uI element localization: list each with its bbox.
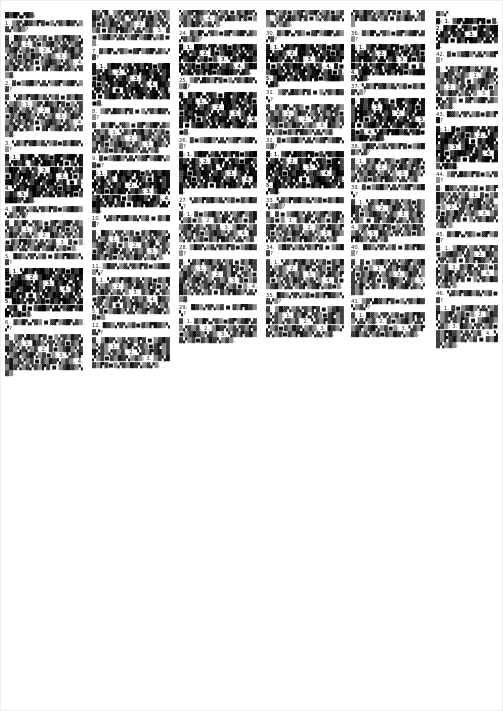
answer-paragraph: ▓: 1. ▚▓▒▛▓█▒▓▞▒▓■▓▒█▓▚▒▓▒, 2. ▒█▓▚▒▓▞▓▒…: [5, 269, 83, 318]
question-paragraph: 5. █▓▒▞▓▚▒▓■▓▒▛█▓▒▚▓?: [5, 254, 83, 266]
text-column-1: ▓▒█▚▞▓▒:1. ▒▓▚█▓▒▛▓■▒▞▓▒█▓▚▒▓▞▒▓▒?▓: █▓▒…: [5, 12, 83, 706]
answer-paragraph: ▓: 1. ▒▓▚█▓▒▛▓■▒▞▓▒█▓▚▒▓▞▒, 2. ▓▒█▚▞▓▒■▓…: [266, 152, 344, 195]
question-paragraph: 45. ▓▒█▚▞▓▒■▓▛▒▓█?: [436, 232, 498, 244]
question-paragraph: 30. ▓▒█▚▞▓▒■▓▛▒▓█▚▓▒▞▓?: [266, 31, 344, 43]
answer-paragraph: ▓: ▒█▓▚▒▓▞▓▒▛▓■▒▓█▓▒▚▓▒. 1. ▓▒█▚▞▓▒■▓▛▒▓…: [92, 338, 170, 369]
text-column-6: ▓▒▞.▓: 1. ▒▓▚█▓▒▛▓■▒, 2. ▓▒█▚▞▓▒■▓▛▒▓█▚▓…: [436, 11, 498, 705]
question-paragraph: 1. ▒▓▚█▓▒▛▓■▒▞▓▒█▓▚▒▓▞▒▓▒?: [5, 21, 83, 33]
question-paragraph: 2. ▓■▒▓█▒▚▓▞▒▓▛▒▓█▚▒▓?: [5, 81, 83, 93]
question-paragraph: 42. ▓■▒▓█▒▚▓▞▒▓▛▒?: [436, 52, 498, 64]
answer-paragraph: ▓: ▚▓▒▛▓█▒▓▞▒▓■▓▒█▓▚▒▓▒; 1. ▒▓▚█▓▒▛▓■▒▞▓…: [5, 95, 83, 138]
answer-paragraph: ▓: 1. ▚▓▒▛▓█▒▓▞▒▓■▓▒█▓▚▒▓▒, 2. █▓▒▞▓▚▒▓■…: [266, 45, 344, 88]
answer-paragraph: ▓: ▓▒█▚▞▓▒■▓▛▒▓█▚▓▒▞▓▒▓; 1. ▚▓▒▛▓█▒▓▞▒▓■…: [92, 123, 170, 154]
answer-paragraph: ▚▒▓▛█▓▒▚▓▞▒▓■▓▒█▓▚▒▓▒▞▓▒, 4. ▒▓▚█▓▒▛▓■▒▞…: [179, 10, 257, 28]
question-paragraph: 41. ▒▓▚█▓▒▛▓■▒▞▓▒█▓▚▒▓▞?: [351, 299, 425, 311]
answer-paragraph: ▓: █▓▒▞▓▚▒▓■▓▒▛█▓▒▚▓▞▒▓, 1. ▓■▒▓█▒▚▓▞▒▓▛…: [92, 231, 170, 262]
text-column-4: █▓▞▒▓■▒▓▛▒▓█▚▒▓■▒▓▒, ▒▓▚█▓▒▛▓■▒▞▓▒█▓▚▒▓▞…: [266, 10, 344, 704]
question-paragraph: 3. ▚▓▒▛▓█▒▓▞▒▓■▓▒█▓▚▒?: [5, 141, 83, 153]
question-paragraph: 43. █▓▒▞▓▚▒▓■▓▒▛█?: [436, 112, 498, 124]
answer-paragraph: ▓: ▒█▓▚▒▓▞▓▒▛▓■▒▓█▓▒▚▓▒, 1. ▓▒█▚▞▓▒■▓▛▒▓…: [266, 307, 344, 338]
answer-paragraph: ▓: 1. ▓▒█▚▞▓▒■▓▛▒▓█▚▓▒▞▓▒▓, ▒▓▚█▓▒▛▓■▒▞▓…: [5, 155, 83, 204]
answer-paragraph: ▓: ▓▒█▚▞▓▒■▓▛▒▓█▚▓▒▞▓▒▓, 1. ▚▓▒▛▓█▒▓▞▒▓■…: [179, 93, 257, 136]
scanned-page: ▓▒█▚▞▓▒:1. ▒▓▚█▓▒▛▓■▒▞▓▒█▓▚▒▓▞▒▓▒?▓: █▓▒…: [0, 0, 503, 711]
answer-paragraph: ▞▓▒█▓▚▒▓▒▛▓■▒▓ , ▚▓▒▛▓█▒▓▞▒▓■▓▒█▓▚▒▓▒.: [351, 10, 425, 28]
answer-paragraph: ▓: ▓▒█▚▞▓▒■▓▛▒▓█▚▓▒▞▓▒▓; 1. ▒█▓▚▒▓▞▓▒▛▓■…: [266, 105, 344, 136]
answer-paragraph: █▓▞▒▓■▒▓▛▒▓█▚▒▓■▒▓▒, ▒▓▚█▓▒▛▓■▒▞▓▒█▓▚▒▓▞…: [266, 10, 344, 28]
answer-paragraph: ▓: 1. ▒█▓▚▒▓▞▓▒▛▓■▒▓█▓▒▚▓▒, 2. █▓▒▞▓▚▒▓■…: [436, 246, 498, 289]
question-paragraph: 40. █▓▒▞▓▚▒▓■▓▒▛█▓▒?: [351, 245, 425, 257]
answer-paragraph: ▓: ▚▓▒▛▓█▒▓▞▒▓■▓▒█▓▚▒▓▒; 1. ▒█▓▚▒▓▞▓▒▛▓■…: [436, 67, 498, 110]
answer-paragraph: ▓: ▓■▒▓█▒▚▓▞▒▓▛▒▓█▚▒▓■▒. 1. ▓▒█▚▞▓▒■▓▛▒▓…: [266, 212, 344, 243]
question-paragraph: 11. ▒█▓▚▒▓▞▓▒▛▓■▒▓█▓▒▚?: [92, 264, 170, 276]
question-paragraph: 12. █▓▒▞▓▚▒▓■▓▒▛█▓▒▚▓▞?: [92, 323, 170, 335]
question-paragraph: 33. ▚▓▒▛▓█▒▓▞▒▓■▓▒█▓▚▒▓▒?: [266, 198, 344, 210]
question-paragraph: 39. ▓■▒▓█▒▚▓▞▒▓▛▒▓█▚?: [351, 185, 425, 197]
answer-paragraph: ▓: 1. ▒█▓▚▒▓▞▓▒▛▓■▒▓█▓▒▚▓▒, 2. ▓▒█▚▞▓▒■▓…: [179, 152, 257, 195]
text-column-3: ▚▒▓▛█▓▒▚▓▞▒▓■▓▒█▓▚▒▓▒▞▓▒, 4. ▒▓▚█▓▒▛▓■▒▞…: [179, 10, 257, 704]
answer-paragraph: ▓: 1. ▚▓▒▛▓█▒▓▞▒▓■▓▒█▓▚▒▓▒, 2. ▓▒█▚▞▓▒■▓…: [266, 260, 344, 291]
question-paragraph: 38. ▒█▓▚▒▓▞▓▒▛▓■▒▓█▓▒▚▓?: [351, 144, 425, 156]
question-paragraph: 37. ▚▓▒▛▓█▒▓▞▒▓■▓▒█▓▚▒?: [351, 84, 425, 96]
question-paragraph: 8. ▒▓▚█▓▒▛▓■▒▞▓▒█▓▚▒?: [92, 109, 170, 121]
answer-paragraph: ▓: █▓▒▞▓▚▒▓■▓▒▛█▓▒▚▓▞▒▓, 1. ▓■▒▓█▒▚▓▞▒▓▛…: [436, 186, 498, 229]
question-paragraph: 24. ▓▒█▚▞▓▒■▓▛▒▓█▚▓▒▞▓▒▓▒?: [179, 31, 257, 43]
answer-paragraph: ▓: ▓■▒▓█▒▚▓▞▒▓▛▒▓█▚▒▓■▒; 1. ▚▓▒▛▓█▒▓▞▒▓■…: [351, 260, 425, 297]
question-paragraph: 27. ▚▓▒▛▓█▒▓▞▒▓■▓▒█▓▚?: [179, 198, 257, 210]
question-paragraph: 34. ▒█▓▚▒▓▞▓▒▛▓■▒▓█▓?: [266, 245, 344, 257]
answer-paragraph: ▓: 1. ▚▓▒▛▓█▒▓▞▒▓■▓▒█▓▚▒▓▒, 2. ▒█▓▚▒▓▞▓▒…: [351, 200, 425, 243]
answer-paragraph: ▓: 1. █▓▒▞▓▚▒▓■▓▒▛█▓▒▚▓▞▒▓, 2. ▓■▒▓█▒▚▓▞…: [179, 45, 257, 76]
text-column-2: ▓▒▞█, ▒▓▚█▓▒▛▓■▒▞▓▒█▓▚▒▓▞▒▓, ▚▓▒▛▓█▒▓▞▒▓…: [92, 10, 170, 704]
answer-paragraph: ▓: 1. ▒█▓▚▒▓▞▓▒▛▓■▒▓█▓▒▚▓▒, 2. ▚▓▒▛▓█▒▓▞…: [92, 64, 170, 107]
question-paragraph: 29. █▓▒▞▓▚▒▓■▓▒▛█▓▒▚?: [179, 305, 257, 317]
text-column-5: ▞▓▒█▓▚▒▓▒▛▓■▒▓ , ▚▓▒▛▓█▒▓▞▒▓■▓▒█▓▚▒▓▒.36…: [351, 10, 425, 704]
answer-paragraph: ▓: 1. █▓▒▞▓▚▒▓■▓▒▛█▓▒▚▓▞▒▓, 2. ▓■▒▓█▒▚▓▞…: [351, 313, 425, 338]
answer-paragraph: ▓: ▒▓▚█▓▒▛▓■▒▞▓▒█▓▚▒▓▞▒; 1. █▓▒▞▓▚▒▓■▓▒▛…: [5, 335, 83, 378]
answer-paragraph: ▓: 1. ▒▓▚█▓▒▛▓■▒▞▓▒█▓▚▒▓▞▒, ▓▒█▚▞▓▒■▓▛▒▓…: [92, 171, 170, 214]
question-paragraph: 10. ▚▓▒▛▓█▒▓▞▒▓■▓▒█▓?: [92, 216, 170, 228]
answer-paragraph: ▓▒▞.: [436, 11, 498, 17]
question-paragraph: 36. ▓▒█▚▞▓▒■▓▛▒▓█▚▓▒?: [351, 31, 425, 43]
question-paragraph: 46. ▚▓▒▛▓█▒▓▞▒▓■▓?: [436, 291, 498, 303]
answer-paragraph: ▓: 1. ▚▓▒▛▓█▒▓▞▒▓■▓▒█▓▚▒▓▒, 2. ▒▓▚█▓▒▛▓■…: [92, 278, 170, 321]
question-paragraph: 26. ▓■▒▓█▒▚▓▞▒▓▛▒▓█▚▒?: [179, 138, 257, 150]
question-paragraph: 4. ▒█▓▚▒▓▞▓▒▛▓■▒▓█▓▒▚▓▒▞▓?: [5, 207, 83, 219]
question-paragraph: 44. ▒▓▚█▓▒▛▓■▒▞▓▒?: [436, 172, 498, 184]
answer-paragraph: ▓: 1. ▒▓▚█▓▒▛▓■▒▞▓▒█▓▚▒▓▞▒, 2. █▓▒▞▓▚▒▓■…: [351, 45, 425, 82]
answer-paragraph: ▓: █▓▒▞▓▚▒▓■▓▒▛█▓▒▚▓▞▒▓, 1. ▓■▒▓█▒▚▓▞▒▓▛…: [5, 36, 83, 79]
answer-paragraph: ▓: 1. ▓■▒▓█▒▚▓▞▒▓▛▒▓█▚▒▓■▒, 2. ▚▓▒▛▓█▒▓▞…: [436, 127, 498, 170]
answer-paragraph: ▓: 1. ▓■▒▓█▒▚▓▞▒▓▛▒▓█▚▒▓■▒, 2. ▒█▓▚▒▓▞▓▒…: [436, 306, 498, 349]
question-paragraph: 9. ▓■▒▓█▒▚▓▞▒▓▛▒▓█▚▒▓■?: [92, 156, 170, 168]
answer-paragraph: ▓: 1. ▓▒█▚▞▓▒■▓▛▒▓█▚▓▒▞▓▒▓, 2. ▒▓▚█▓▒▛▓■…: [351, 159, 425, 184]
answer-paragraph: ▓: ▚▓▒▛▓█▒▓▞▒▓■▓▒█▓▚▒▓▒, 1. ▒▓▚█▓▒▛▓■▒▞▓…: [179, 260, 257, 303]
answer-paragraph: ▓▒▞█, ▒▓▚█▓▒▛▓■▒▞▓▒█▓▚▒▓▞▒▓, ▚▓▒▛▓█▒▓▞▒▓…: [92, 10, 170, 47]
answer-paragraph: ▓: 1. ▒▓▚█▓▒▛▓■▒, 2. ▓▒█▚▞▓▒■▓▛▒▓█▚▓▒▞▓▒…: [436, 19, 498, 50]
question-paragraph: 25. ▒▓▚█▓▒▛▓■▒▞▓▒█▓▚▒▓?: [179, 78, 257, 90]
answer-paragraph: ▓: ▓▒█▚▞▓▒■▓▛▒▓█▚▓▒▞▓▒▓. 1. ▒▓▚█▓▒▛▓■▒▞▓…: [5, 221, 83, 252]
question-paragraph: 7. ▓▒█▚▞▓▒■▓▛▒▓█▚▓▒▞▓?: [92, 49, 170, 61]
question-paragraph: 32. ▓■▒▓█▒▚▓▞▒▓▛▒▓█▚▒▓?: [266, 138, 344, 150]
answer-paragraph: ▓: 1. ▓▒█▚▞▓▒■▓▛▒▓█▚▓▒▞▓▒▓, 2. ▒█▓▚▒▓▞▓▒…: [179, 319, 257, 344]
question-paragraph: 31. ▒▓▚█▓▒▛▓■▒▞▓▒█▓▚?: [266, 90, 344, 102]
answer-paragraph: ▓: ▓▒█▚▞▓▒■▓▛▒▓█▚▓▒▞▓▒▓, 1. █▓▒▞▓▚▒▓■▓▒▛…: [351, 99, 425, 142]
question-paragraph: 28. ▒█▓▚▒▓▞▓▒▛▓■▒▓█▓▒?: [179, 245, 257, 257]
answer-paragraph: ▓: 1. ▓■▒▓█▒▚▓▞▒▓▛▒▓█▚▒▓■▒; 2. ▓▒█▚▞▓▒■▓…: [179, 212, 257, 243]
question-paragraph: 35. █▓▒▞▓▚▒▓■▓▒▛█▓▒▚▓▞▒?: [266, 293, 344, 305]
question-paragraph: ▓▒█▚▞▓▒:: [5, 13, 83, 19]
question-paragraph: 6. ▓▒█▚▞▓▒■▓▛▒▓█▚▓▒▞?: [5, 320, 83, 332]
